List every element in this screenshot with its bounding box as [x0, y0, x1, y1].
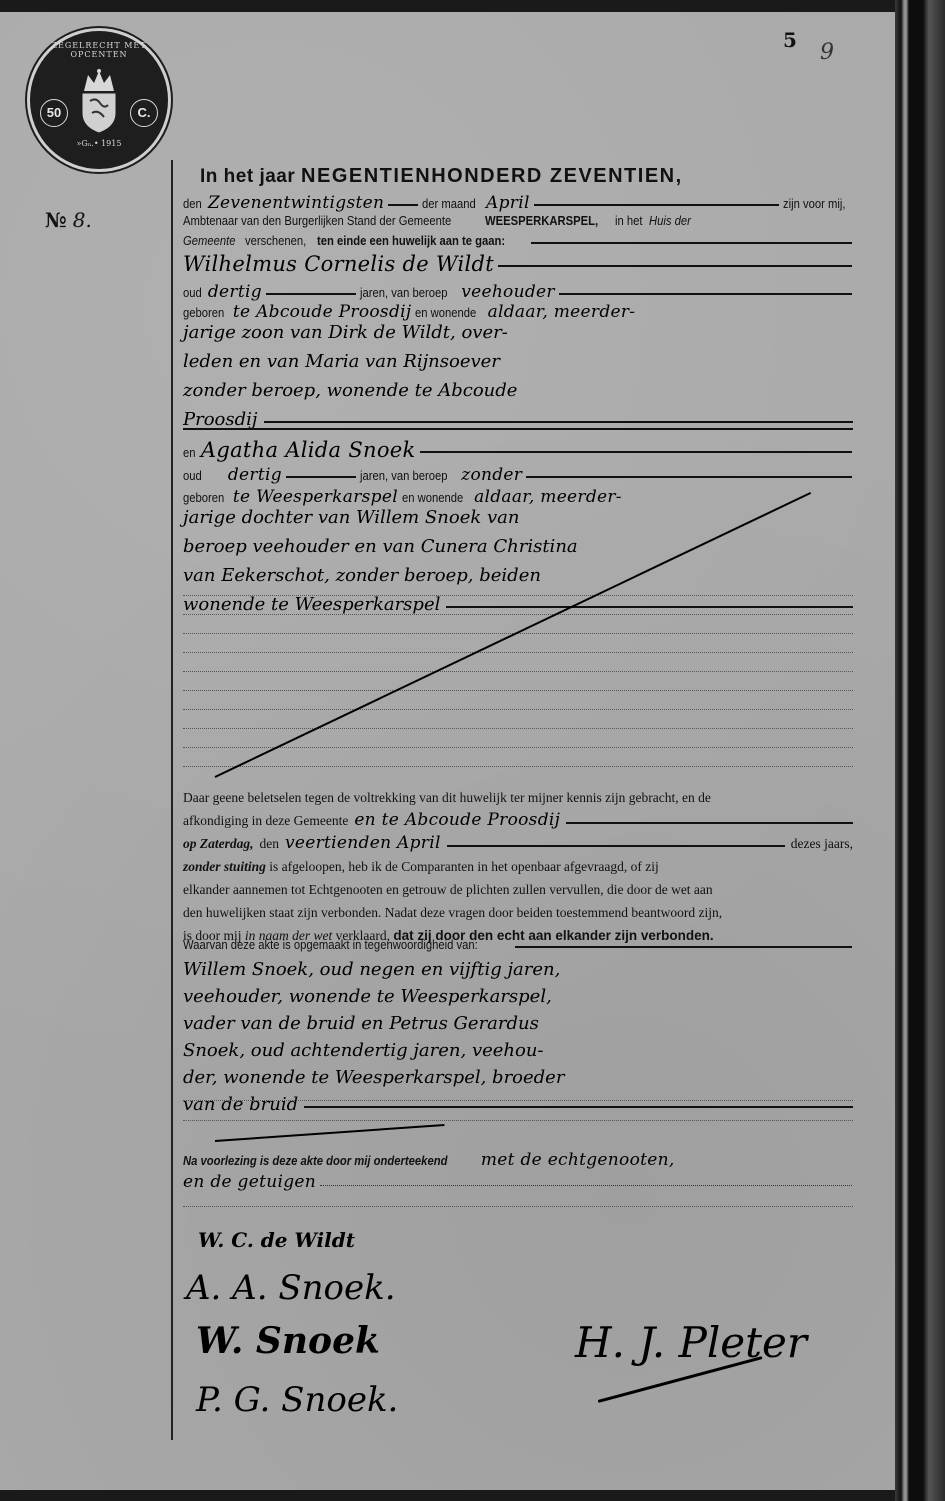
proc-line-5: elkander aannemen tot Echtgenooten en ge…: [183, 878, 853, 901]
fill-line: [534, 204, 779, 206]
witness-line-4: der, wonende te Weesperkarspel, broeder: [183, 1064, 853, 1091]
intro-date-line: den Zevenentwintigsten der maand April z…: [183, 193, 852, 213]
blank-line: [183, 595, 853, 596]
verschenen: verschenen,: [245, 234, 306, 248]
groom-residing-3: zonder beroep, wonende te Abcoude: [183, 376, 853, 405]
groom-name: Wilhelmus Cornelis de Wildt: [183, 252, 494, 276]
document-heading: In het jaar NEGENTIENHONDERD ZEVENTIEN,: [200, 165, 683, 188]
purpose-bold: ten einde een huwelijk aan te gaan:: [317, 234, 505, 248]
and-label: en: [183, 446, 196, 460]
signature-registrar: H. J. Pleter: [575, 1318, 807, 1367]
bride-age-line: oud dertig jaren, van beroep zonder: [183, 465, 852, 485]
proc-line-6: den huwelijken staat zijn verbonden. Nad…: [183, 901, 853, 924]
record-number-label: №: [45, 208, 67, 232]
proc-suffix: dezes jaars,: [791, 832, 853, 855]
witness-line-last: van de bruid: [183, 1091, 853, 1118]
proc-italic: zonder stuiting: [183, 859, 266, 874]
closing-handwritten-1: met de echtgenooten,: [481, 1150, 675, 1170]
blank-line: [183, 1100, 853, 1101]
proclamation-place: en te Abcoude Proosdij: [354, 809, 560, 832]
blank-line: [183, 614, 853, 615]
years-label: jaren, van beroep: [360, 286, 448, 300]
years-label: jaren, van beroep: [360, 469, 448, 483]
margin-rule: [171, 160, 173, 1440]
groom-age-line: oud dertig jaren, van beroep veehouder: [183, 282, 852, 302]
witnesses-label: Waarvan deze akte is opgemaakt in tegenw…: [183, 938, 478, 952]
fill-line: [286, 476, 356, 478]
bride-residing-3: van Eekerschot, zonder beroep, beiden: [183, 561, 853, 590]
dotted-line: [320, 1185, 852, 1186]
bride-age: dertig: [228, 465, 282, 485]
fill-line: [498, 265, 852, 267]
fill-line: [420, 451, 852, 453]
folio-number: 5: [783, 28, 797, 52]
intro-suffix: zijn voor mij,: [783, 197, 846, 211]
municipality: WEESPERKARSPEL,: [485, 214, 598, 228]
day-handwritten: Zevenentwintigsten: [208, 193, 384, 213]
crown-crest-icon: [74, 69, 124, 135]
age-label: oud: [183, 469, 202, 483]
intro-line2: Ambtenaar van den Burgerlijken Stand der…: [183, 214, 451, 228]
intro-line2-suffix: in het: [615, 214, 643, 228]
proc-line-1: Daar geene beletselen tegen de voltrekki…: [183, 786, 853, 809]
seal-ring-text: ZEGELRECHT MET OPCENTEN: [30, 41, 168, 59]
gemeente-italic: Gemeente: [183, 234, 236, 248]
bride-name: Agatha Alida Snoek: [201, 438, 416, 462]
signature-witness-1: W. Snoek: [196, 1320, 380, 1362]
fill-line: [526, 476, 852, 478]
fill-line: [266, 293, 356, 295]
witnesses-details: Willem Snoek, oud negen en vijftig jaren…: [183, 956, 853, 1118]
record-number: №8.: [45, 208, 92, 232]
fill-line: [559, 293, 852, 295]
proc-line-3: op Zaterdag, den veertienden April dezes…: [183, 832, 853, 855]
proclamation-paragraph: Daar geene beletselen tegen de voltrekki…: [183, 786, 853, 947]
proclamation-date: veertienden April: [285, 832, 441, 855]
witnesses-label-line: Waarvan deze akte is opgemaakt in tegenw…: [183, 938, 852, 952]
intro-official-line: Ambtenaar van den Burgerlijken Stand der…: [183, 214, 852, 228]
bride-residing-2: beroep veehouder en van Cunera Christina: [183, 532, 853, 561]
blank-line: [183, 747, 853, 748]
groom-age: dertig: [208, 282, 262, 302]
heading-year: NEGENTIENHONDERD ZEVENTIEN,: [301, 165, 683, 187]
signature-bride: A. A. Snoek.: [186, 1268, 396, 1308]
blank-line: [183, 652, 853, 653]
month-label: der maand: [422, 197, 476, 211]
house-italic: Huis der: [649, 214, 691, 228]
groom-name-line: Wilhelmus Cornelis de Wildt: [183, 252, 852, 276]
blank-line: [183, 1206, 853, 1207]
scan-edge: [895, 0, 945, 1501]
fill-line: [447, 845, 785, 847]
fill-line: [264, 421, 854, 423]
groom-details: jarige zoon van Dirk de Wildt, over- led…: [183, 318, 853, 434]
bride-name-line: en Agatha Alida Snoek: [183, 438, 852, 462]
seal-year: »Gₙ.• 1915: [30, 139, 168, 148]
den-label: den: [183, 197, 202, 211]
age-label: oud: [183, 286, 202, 300]
groom-residing-1: jarige zoon van Dirk de Wildt, over-: [183, 318, 853, 347]
witness-line-5: van de bruid: [183, 1091, 298, 1118]
signature-witness-2: P. G. Snoek.: [196, 1380, 398, 1420]
heading-prefix: In het jaar: [200, 166, 295, 187]
seal-value-left: 50: [40, 99, 68, 127]
witness-line-0: Willem Snoek, oud negen en vijftig jaren…: [183, 956, 853, 983]
witness-line-2: vader van de bruid en Petrus Gerardus: [183, 1010, 853, 1037]
signature-groom: W. C. de Wildt: [198, 1228, 355, 1252]
intro-purpose-line: Gemeente verschenen, ten einde een huwel…: [183, 234, 852, 248]
proc-line-2: afkondiging in deze Gemeente en te Abcou…: [183, 809, 853, 832]
proc-p2-label: afkondiging in deze Gemeente: [183, 809, 348, 832]
witness-line-3: Snoek, oud achtendertig jaren, veehou-: [183, 1037, 853, 1064]
blank-line: [183, 709, 853, 710]
blank-line: [183, 766, 853, 767]
bride-residing-1: jarige dochter van Willem Snoek van: [183, 503, 853, 532]
fill-line: [304, 1106, 853, 1108]
record-number-value: 8.: [73, 208, 92, 232]
closing-handwritten-2: en de getuigen: [183, 1172, 316, 1192]
fill-line: [566, 822, 853, 824]
closing-printed: Na voorlezing is deze akte door mij onde…: [183, 1154, 447, 1168]
fill-line: [515, 946, 852, 948]
fill-line: [446, 606, 853, 608]
blank-line: [183, 690, 853, 691]
proc-p4: is afgeloopen, heb ik de Comparanten in …: [269, 859, 658, 874]
bride-occupation: zonder: [461, 465, 522, 485]
section-rule: [183, 428, 853, 430]
closing-line-2: en de getuigen: [183, 1172, 852, 1192]
closing-line: Na voorlezing is deze akte door mij onde…: [183, 1150, 852, 1170]
groom-residing-2: leden en van Maria van Rijnsoever: [183, 347, 853, 376]
groom-occupation: veehouder: [461, 282, 555, 302]
folio-secondary: 9: [820, 40, 834, 65]
proc-day: op Zaterdag,: [183, 832, 254, 855]
blank-line: [183, 728, 853, 729]
fill-line: [531, 242, 852, 244]
fill-line: [388, 204, 418, 206]
blank-line: [183, 671, 853, 672]
seal-value-right: C.: [130, 99, 158, 127]
proc-line-4: zonder stuiting is afgeloopen, heb ik de…: [183, 855, 853, 878]
revenue-stamp-seal: ZEGELRECHT MET OPCENTEN 50 C. »Gₙ.• 1915: [27, 28, 171, 172]
proc-den: den: [260, 832, 280, 855]
witness-line-1: veehouder, wonende te Weesperkarspel,: [183, 983, 853, 1010]
blank-line: [183, 1120, 853, 1121]
month-handwritten: April: [486, 193, 530, 213]
